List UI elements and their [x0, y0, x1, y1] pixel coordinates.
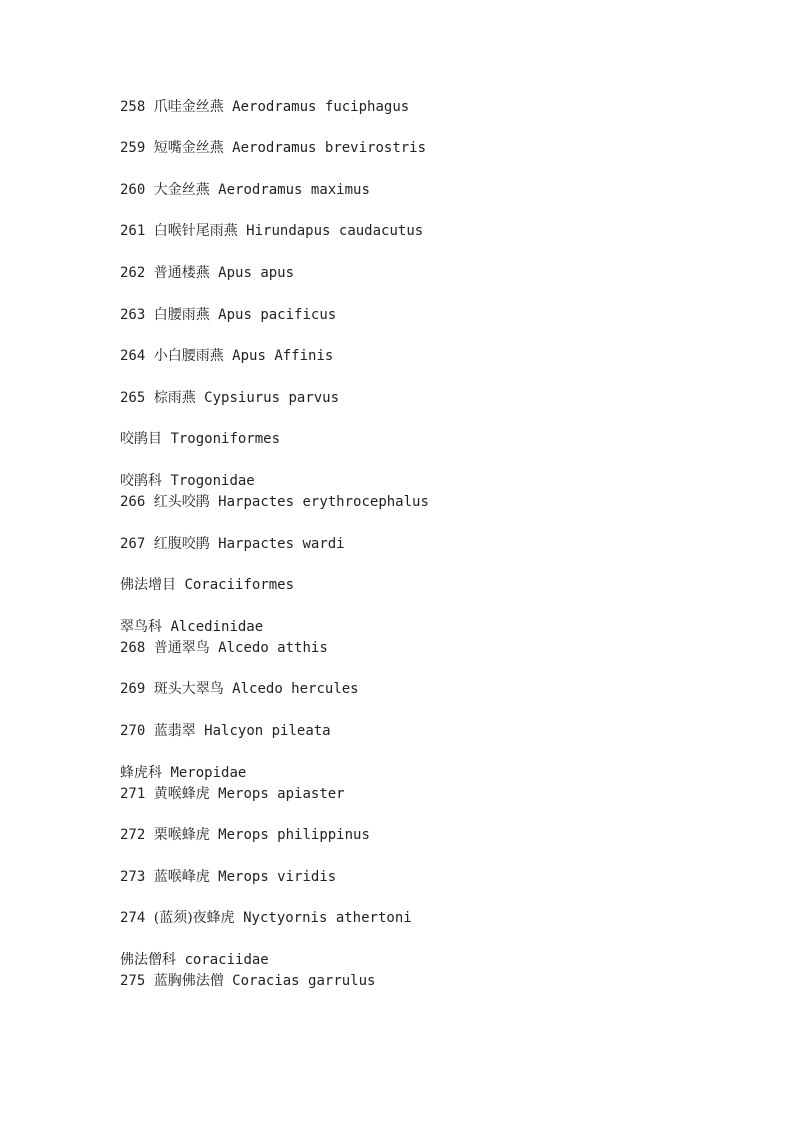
family-chinese-name: 翠鸟科 — [120, 619, 162, 635]
family-heading-trogonidae: 咬鹃科 Trogonidae — [120, 472, 255, 490]
latin-name: Halcyon pileata — [204, 723, 330, 739]
chinese-name: 红腹咬鹃 — [154, 536, 210, 552]
family-chinese-name: 蜂虎科 — [120, 765, 162, 781]
latin-name: Apus pacificus — [218, 307, 336, 323]
species-line-270: 270 蓝翡翠 Halcyon pileata — [120, 722, 331, 740]
species-line-265: 265 棕雨燕 Cypsiurus parvus — [120, 389, 339, 407]
species-line-266: 266 红头咬鹃 Harpactes erythrocephalus — [120, 493, 429, 511]
chinese-name: 栗喉蜂虎 — [154, 827, 210, 843]
species-line-273: 273 蓝喉峰虎 Merops viridis — [120, 868, 336, 886]
chinese-name: (蓝须)夜蜂虎 — [154, 910, 235, 926]
species-number: 275 — [120, 973, 145, 989]
latin-name: Merops philippinus — [218, 827, 370, 843]
chinese-name: 蓝喉峰虎 — [154, 869, 210, 885]
chinese-name: 白喉针尾雨燕 — [154, 223, 238, 239]
chinese-name: 爪哇金丝燕 — [154, 99, 224, 115]
latin-name: Merops apiaster — [218, 786, 344, 802]
family-latin-name: Meropidae — [170, 765, 246, 781]
order-latin-name: Coraciiformes — [184, 577, 294, 593]
order-chinese-name: 咬鹃目 — [120, 431, 162, 447]
chinese-name: 蓝翡翠 — [154, 723, 196, 739]
latin-name: Alcedo atthis — [218, 640, 328, 656]
chinese-name: 斑头大翠鸟 — [154, 681, 224, 697]
species-number: 274 — [120, 910, 145, 926]
latin-name: Aerodramus maximus — [218, 182, 370, 198]
latin-name: Harpactes erythrocephalus — [218, 494, 429, 510]
species-line-272: 272 栗喉蜂虎 Merops philippinus — [120, 826, 370, 844]
chinese-name: 短嘴金丝燕 — [154, 140, 224, 156]
species-number: 262 — [120, 265, 145, 281]
latin-name: Apus apus — [218, 265, 294, 281]
order-latin-name: Trogoniformes — [170, 431, 280, 447]
chinese-name: 蓝胸佛法僧 — [154, 973, 224, 989]
species-line-275: 275 蓝胸佛法僧 Coracias garrulus — [120, 972, 375, 990]
species-line-274: 274 (蓝须)夜蜂虎 Nyctyornis athertoni — [120, 909, 412, 927]
species-line-263: 263 白腰雨燕 Apus pacificus — [120, 306, 336, 324]
species-line-262: 262 普通楼燕 Apus apus — [120, 264, 294, 282]
chinese-name: 白腰雨燕 — [154, 307, 210, 323]
species-number: 273 — [120, 869, 145, 885]
family-chinese-name: 佛法僧科 — [120, 952, 176, 968]
species-number: 268 — [120, 640, 145, 656]
chinese-name: 普通翠鸟 — [154, 640, 210, 656]
species-number: 258 — [120, 99, 145, 115]
chinese-name: 棕雨燕 — [154, 390, 196, 406]
species-number: 265 — [120, 390, 145, 406]
chinese-name: 红头咬鹃 — [154, 494, 210, 510]
latin-name: Aerodramus fuciphagus — [232, 99, 409, 115]
species-number: 270 — [120, 723, 145, 739]
species-number: 266 — [120, 494, 145, 510]
species-line-268: 268 普通翠鸟 Alcedo atthis — [120, 639, 328, 657]
species-number: 271 — [120, 786, 145, 802]
species-number: 267 — [120, 536, 145, 552]
species-number: 264 — [120, 348, 145, 364]
chinese-name: 黄喉蜂虎 — [154, 786, 210, 802]
species-line-259: 259 短嘴金丝燕 Aerodramus brevirostris — [120, 139, 426, 157]
species-number: 259 — [120, 140, 145, 156]
latin-name: Apus Affinis — [232, 348, 333, 364]
latin-name: Aerodramus brevirostris — [232, 140, 426, 156]
latin-name: Hirundapus caudacutus — [246, 223, 423, 239]
family-latin-name: Alcedinidae — [170, 619, 263, 635]
latin-name: Nyctyornis athertoni — [243, 910, 412, 926]
chinese-name: 普通楼燕 — [154, 265, 210, 281]
species-line-269: 269 斑头大翠鸟 Alcedo hercules — [120, 680, 359, 698]
document-page: 258 爪哇金丝燕 Aerodramus fuciphagus 259 短嘴金丝… — [0, 0, 793, 1122]
family-heading-alcedinidae: 翠鸟科 Alcedinidae — [120, 618, 263, 636]
species-line-258: 258 爪哇金丝燕 Aerodramus fuciphagus — [120, 98, 409, 116]
species-line-271: 271 黄喉蜂虎 Merops apiaster — [120, 785, 345, 803]
species-line-260: 260 大金丝燕 Aerodramus maximus — [120, 181, 370, 199]
order-heading-trogoniformes: 咬鹃目 Trogoniformes — [120, 430, 280, 448]
order-chinese-name: 佛法增目 — [120, 577, 176, 593]
species-number: 263 — [120, 307, 145, 323]
latin-name: Coracias garrulus — [232, 973, 375, 989]
species-line-267: 267 红腹咬鹃 Harpactes wardi — [120, 535, 345, 553]
latin-name: Cypsiurus parvus — [204, 390, 339, 406]
order-heading-coraciiformes: 佛法增目 Coraciiformes — [120, 576, 294, 594]
species-number: 260 — [120, 182, 145, 198]
latin-name: Harpactes wardi — [218, 536, 344, 552]
species-number: 261 — [120, 223, 145, 239]
species-line-261: 261 白喉针尾雨燕 Hirundapus caudacutus — [120, 222, 423, 240]
species-number: 269 — [120, 681, 145, 697]
family-heading-coraciidae: 佛法僧科 coraciidae — [120, 951, 269, 969]
family-heading-meropidae: 蜂虎科 Meropidae — [120, 764, 246, 782]
family-chinese-name: 咬鹃科 — [120, 473, 162, 489]
chinese-name: 小白腰雨燕 — [154, 348, 224, 364]
species-line-264: 264 小白腰雨燕 Apus Affinis — [120, 347, 333, 365]
family-latin-name: coraciidae — [184, 952, 268, 968]
latin-name: Alcedo hercules — [232, 681, 358, 697]
species-number: 272 — [120, 827, 145, 843]
latin-name: Merops viridis — [218, 869, 336, 885]
chinese-name: 大金丝燕 — [154, 182, 210, 198]
family-latin-name: Trogonidae — [170, 473, 254, 489]
